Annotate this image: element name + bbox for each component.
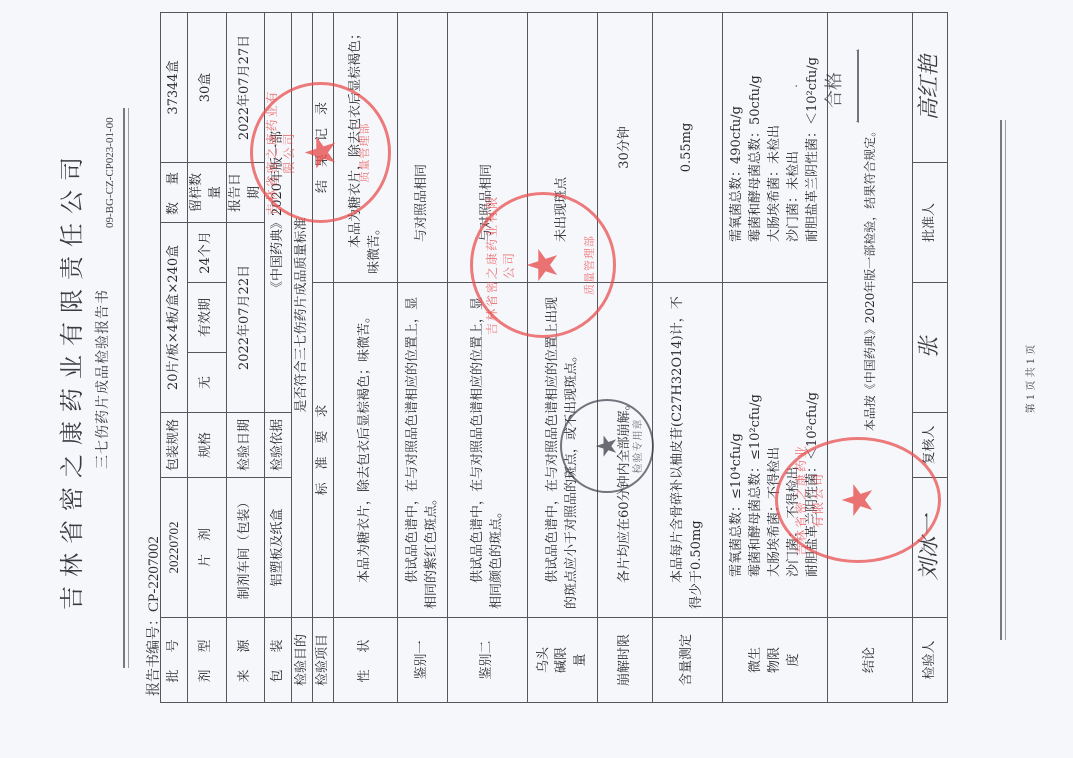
- test-result: 30分钟: [598, 12, 653, 282]
- header-rule: [123, 108, 129, 668]
- pack-spec-value: 20片/板×4板/盒×240盒: [161, 222, 188, 412]
- inspection-report-page: 吉林省密之康药业有限责任公司 三七伤药片成品检验报告书 09-BG-CZ-CP0…: [0, 0, 1073, 758]
- row-column-headers: 检验项目 标 准 要 求 结 果 记 录: [313, 12, 334, 702]
- purpose-value: 是否符合三七伤药片成品质量标准: [292, 12, 313, 617]
- purpose-label: 检验目的: [292, 618, 313, 703]
- document-code: 09-BG-CZ-CP023-01-00: [104, 117, 116, 228]
- spec-label: 规格: [188, 413, 227, 478]
- test-row: 鉴别一 供试品色谱中，在与对照品色谱相应的位置上，显相同的紫红色斑点。 与对照品…: [398, 12, 448, 702]
- test-row: 乌头碱限量 供试品色谱中，在与对照品色谱相应的位置上出现的斑点应小于对照品的斑点…: [528, 12, 598, 702]
- test-name: 性 状: [334, 618, 398, 703]
- report-subtitle: 三七伤药片成品检验报告书: [92, 0, 112, 758]
- result-line: 大肠埃希菌：未检出: [766, 19, 785, 242]
- package-label: 包 装: [265, 618, 292, 703]
- test-row: 崩解时限 各片均应在60分钟内全部崩解。 30分钟: [598, 12, 653, 702]
- test-standard: 供试品色谱中，在与对照品色谱相应的位置上出现的斑点应小于对照品的斑点，或不出现斑…: [528, 283, 598, 618]
- test-standard: 本品为糖衣片，除去包衣后显棕褐色；味微苦。: [334, 283, 398, 618]
- package-value: 铝塑板及纸盒: [265, 478, 292, 618]
- test-row: 含量测定 本品每片含骨碎补以柚皮苷(C27H32O14)计，不得少于0.50mg…: [653, 12, 723, 702]
- col-standard-header: 标 准 要 求: [313, 283, 334, 618]
- conclusion-row: 结论 本品按《中国药典》2020年版一部检验，结果符合规定。: [828, 12, 913, 702]
- inspection-table: 批 号 20220702 包装规格 20片/板×4板/盒×240盒 数 量 37…: [160, 12, 948, 703]
- test-name: 鉴别一: [398, 618, 448, 703]
- test-standard: 本品每片含骨碎补以柚皮苷(C27H32O14)计，不得少于0.50mg: [653, 283, 723, 618]
- qualified-stamp-text: 合格: [820, 72, 846, 108]
- test-result: 0.55mg: [653, 12, 723, 282]
- test-standard: 供试品色谱中，在与对照品色谱相应的位置上，显相同颜色的斑点。: [448, 283, 528, 618]
- batch-label: 批 号: [161, 618, 188, 703]
- standard-line: 需氧菌总数：≤10⁴cfu/g: [728, 289, 747, 577]
- company-title: 吉林省密之康药业有限责任公司: [52, 0, 87, 758]
- standard-line: 沙门菌： 不得检出: [785, 289, 804, 577]
- test-name: 鉴别二: [448, 618, 528, 703]
- standard-line: 耐胆盐革兰阴性菌：＜10²cfu/g: [804, 289, 823, 577]
- qty-label: 数 量: [161, 162, 188, 222]
- qty-value: 37344盒: [161, 12, 188, 162]
- microbial-row: 微生物限度 需氧菌总数：≤10⁴cfu/g 霉菌和酵母菌总数：≤10²cfu/g…: [723, 12, 828, 702]
- row-form: 剂 型 片 剂 规格 无 有效期 24个月 留样数量 30盒: [188, 12, 227, 702]
- test-result: 与对照品相同: [398, 12, 448, 282]
- validity-value: 24个月: [188, 222, 227, 282]
- source-label: 来 源: [226, 618, 265, 703]
- microbial-name: 微生物限度: [723, 618, 828, 703]
- form-label: 剂 型: [188, 618, 227, 703]
- signature-row: 检验人 刘冰一 复核人 张 批准人 高红艳: [913, 12, 948, 702]
- reviewer-label: 复核人: [913, 413, 948, 478]
- microbial-result: 需氧菌总数：490cfu/g 霉菌和酵母菌总数：50cfu/g 大肠埃希菌：未检…: [723, 12, 828, 282]
- approver-label: 批准人: [913, 162, 948, 282]
- microbial-standard: 需氧菌总数：≤10⁴cfu/g 霉菌和酵母菌总数：≤10²cfu/g 大肠埃希菌…: [723, 283, 828, 618]
- source-value: 制剂车间（包装）: [226, 478, 265, 618]
- result-line: 沙门菌：未检出: [785, 19, 804, 242]
- standard-line: 霉菌和酵母菌总数：≤10²cfu/g: [747, 289, 766, 577]
- page-number: 第 1 页 共 1 页: [1022, 0, 1037, 758]
- standard-line: 大肠埃希菌：不得检出: [766, 289, 785, 577]
- basis-label: 检验依据: [265, 413, 292, 478]
- footer-rule: [1000, 120, 1006, 640]
- basis-value: 《中国药典》2020年版一部: [265, 12, 292, 412]
- test-standard: 各片均应在60分钟内全部崩解。: [598, 283, 653, 618]
- result-line: 需氧菌总数：490cfu/g: [728, 19, 747, 242]
- col-result-header: 结 果 记 录: [313, 12, 334, 282]
- result-line: 霉菌和酵母菌总数：50cfu/g: [747, 19, 766, 242]
- row-purpose: 检验目的 是否符合三七伤药片成品质量标准: [292, 12, 313, 702]
- inspector-signature: 刘冰一: [913, 478, 948, 618]
- row-package: 包 装 铝塑板及纸盒 检验依据 《中国药典》2020年版一部: [265, 12, 292, 702]
- report-date-value: 2022年07月27日: [226, 12, 265, 162]
- form-value: 片 剂: [188, 478, 227, 618]
- test-name: 崩解时限: [598, 618, 653, 703]
- test-result: 未出现斑点: [528, 12, 598, 282]
- validity-label: 有效期: [188, 283, 227, 353]
- test-standard: 供试品色谱中，在与对照品色谱相应的位置上，显相同的紫红色斑点。: [398, 283, 448, 618]
- pack-spec-label: 包装规格: [161, 413, 188, 478]
- result-line: 耐胆盐革兰阴性菌：＜10²cfu/g: [804, 19, 823, 242]
- inspector-label: 检验人: [913, 618, 948, 703]
- approver-signature: 高红艳: [913, 12, 948, 162]
- test-result: 与对照品相同: [448, 12, 528, 282]
- row-batch: 批 号 20220702 包装规格 20片/板×4板/盒×240盒 数 量 37…: [161, 12, 188, 702]
- report-date-label: 报告日期: [226, 162, 265, 222]
- test-name: 乌头碱限量: [528, 618, 598, 703]
- row-source: 来 源 制剂车间（包装） 检验日期 2022年07月22日 报告日期 2022年…: [226, 12, 265, 702]
- retain-value: 30盒: [188, 12, 227, 162]
- retain-label: 留样数量: [188, 162, 227, 222]
- conclusion-label: 结论: [828, 618, 913, 703]
- test-date-label: 检验日期: [226, 413, 265, 478]
- batch-value: 20220702: [161, 478, 188, 618]
- test-date-value: 2022年07月22日: [226, 222, 265, 412]
- test-name: 含量测定: [653, 618, 723, 703]
- col-item-header: 检验项目: [313, 618, 334, 703]
- spec-value: 无: [188, 353, 227, 413]
- test-row: 鉴别二 供试品色谱中，在与对照品色谱相应的位置上，显相同颜色的斑点。 与对照品相…: [448, 12, 528, 702]
- test-result: 本品为糖衣片，除去包衣后显棕褐色；味微苦。: [334, 12, 398, 282]
- test-row: 性 状 本品为糖衣片，除去包衣后显棕褐色；味微苦。 本品为糖衣片，除去包衣后显棕…: [334, 12, 398, 702]
- reviewer-signature: 张: [913, 283, 948, 413]
